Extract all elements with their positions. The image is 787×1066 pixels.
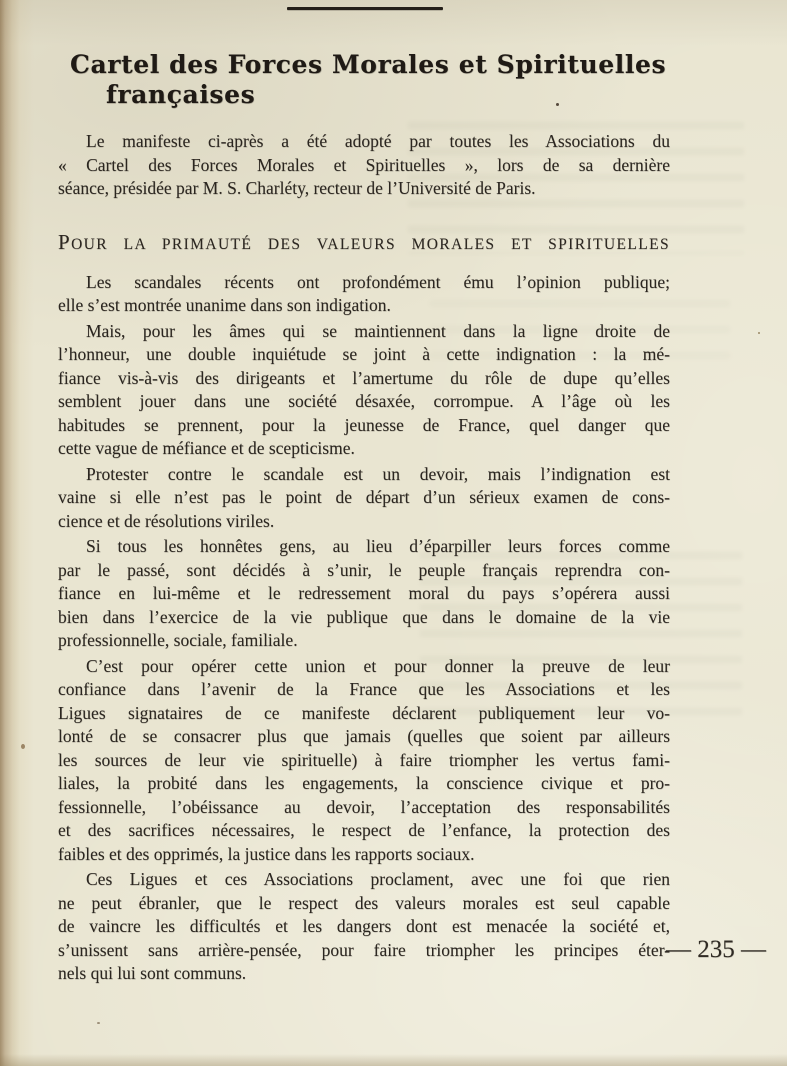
text-line: Les scandales récents ont profondément é…	[58, 271, 670, 295]
text-line: fessionnelle, l’obéissance au devoir, l’…	[58, 796, 670, 820]
scanned-page: Cartel des Forces Morales et Spirituelle…	[0, 0, 787, 1066]
text-line: elle s’est montrée unanime dans son indi…	[58, 294, 670, 318]
text-line: confiance dans l’avenir de la France que…	[58, 678, 670, 702]
text-line: de vaincre les difficultés et les danger…	[58, 915, 670, 939]
text-line: vaine si elle n’est pas le point de dépa…	[58, 486, 670, 510]
text-line: Protester contre le scandale est un devo…	[58, 463, 670, 487]
text-line: et des sacrifices nécessaires, le respec…	[58, 819, 670, 843]
title-line-2: françaises	[58, 80, 670, 110]
text-block: Cartel des Forces Morales et Spirituelle…	[58, 0, 670, 986]
text-line: Le manifeste ci-après a été adopté par t…	[58, 130, 670, 154]
page-number: — 235 —	[650, 936, 782, 964]
text-line: les sources de leur vie spirituelle) à f…	[58, 749, 670, 773]
text-line: professionnelle, sociale, familiale.	[58, 629, 670, 653]
text-line: par le passé, sont décidés à s’unir, le …	[58, 559, 670, 583]
text-line: Mais, pour les âmes qui se maintiennent …	[58, 320, 670, 344]
text-line: « Cartel des Forces Morales et Spirituel…	[58, 154, 670, 178]
document-title: Cartel des Forces Morales et Spirituelle…	[58, 50, 670, 110]
paragraph: Les scandales récents ont profondément é…	[58, 271, 670, 318]
text-line: fiance en lui-même et le redressement mo…	[58, 582, 670, 606]
text-line: faibles et des opprimés, la justice dans…	[58, 843, 670, 867]
text-line: Ces Ligues et ces Associations proclamen…	[58, 868, 670, 892]
section-heading: POUR LA PRIMAUTÉ DES VALEURS MORALES ET …	[58, 230, 670, 257]
paragraph: Ces Ligues et ces Associations proclamen…	[58, 868, 670, 986]
text-line: habitudes se prennent, pour la jeunesse …	[58, 414, 670, 438]
text-line: Ligues signataires de ce manifeste décla…	[58, 702, 670, 726]
title-line-1: Cartel des Forces Morales et Spirituelle…	[58, 50, 670, 80]
dust-speck	[556, 103, 559, 106]
paragraph: Mais, pour les âmes qui se maintiennent …	[58, 320, 670, 461]
text-line: lonté de se consacrer plus que jamais (q…	[58, 725, 670, 749]
paragraph: C’est pour opérer cette union et pour do…	[58, 655, 670, 867]
text-line: semblent jouer dans une société désaxée,…	[58, 390, 670, 414]
dust-speck	[21, 744, 25, 749]
text-line: Si tous les honnêtes gens, au lieu d’épa…	[58, 535, 670, 559]
body-paragraphs: Les scandales récents ont profondément é…	[58, 271, 670, 986]
binding-edge-shadow	[0, 0, 34, 1066]
bottom-edge-shadow	[0, 1054, 787, 1066]
paragraph: Protester contre le scandale est un devo…	[58, 463, 670, 534]
text-line: fiance vis-à-vis des dirigeants et l’ame…	[58, 367, 670, 391]
text-line: C’est pour opérer cette union et pour do…	[58, 655, 670, 679]
dust-speck	[97, 1022, 100, 1024]
intro-paragraph: Le manifeste ci-après a été adopté par t…	[58, 130, 670, 201]
text-line: séance, présidée par M. S. Charléty, rec…	[58, 177, 670, 201]
text-line: cette vague de méfiance et de scepticism…	[58, 437, 670, 461]
text-line: s’unissent sans arrière-pensée, pour fai…	[58, 939, 670, 963]
text-line: nels qui lui sont communs.	[58, 962, 670, 986]
text-line: cience et de résolutions viriles.	[58, 510, 670, 534]
text-line: ne peut ébranler, que le respect des val…	[58, 892, 670, 916]
text-line: liales, la probité dans les engagements,…	[58, 772, 670, 796]
paragraph: Si tous les honnêtes gens, au lieu d’épa…	[58, 535, 670, 653]
text-line: l’honneur, une double inquiétude se join…	[58, 343, 670, 367]
dust-speck	[758, 332, 760, 334]
text-line: bien dans l’exercice de la vie publique …	[58, 606, 670, 630]
